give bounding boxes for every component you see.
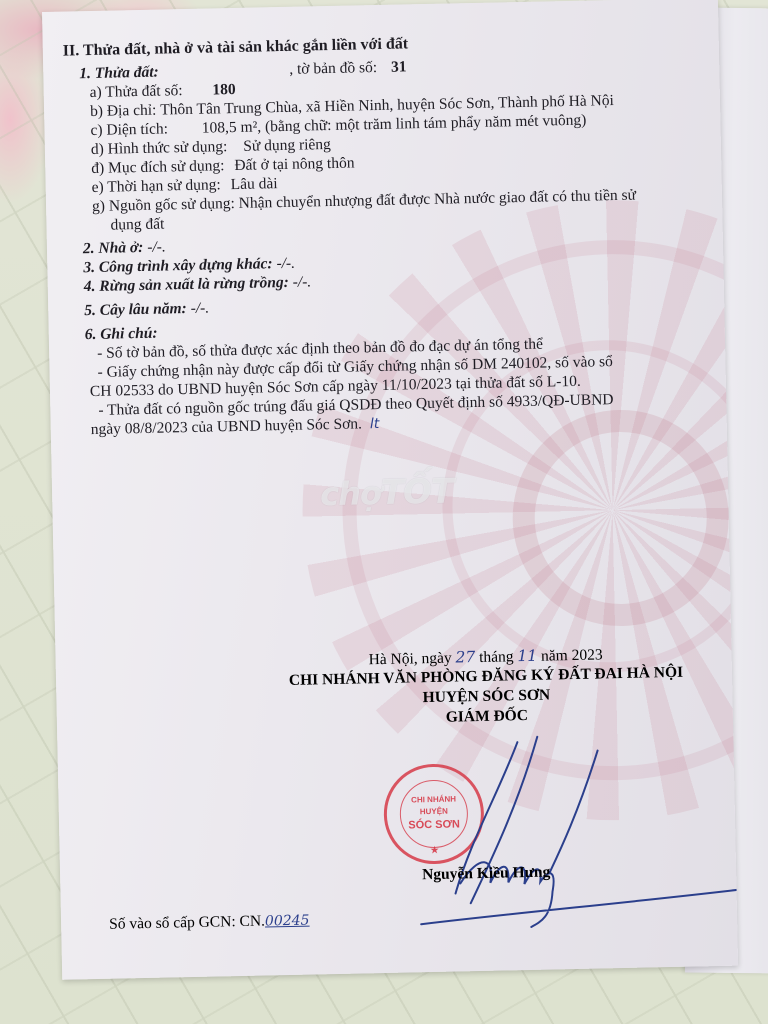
map-sheet-number: 31 [391,58,407,75]
date-year: năm 2023 [541,646,603,664]
chotot-watermark-logo: chợTỐT [320,471,454,514]
note-line-text: ngày 08/8/2023 của UBND huyện Sóc Sơn. [91,415,363,438]
usage-form-value: Sử dụng riêng [243,135,331,156]
address-label: b) Địa chỉ: [90,101,157,121]
house-label: 2. Nhà ở: [83,239,144,257]
usage-origin-label: g) Nguồn gốc sử dụng: [92,194,235,216]
planted-forest-value: -/-. [292,273,311,290]
perennial-trees-value: -/-. [190,300,209,317]
notes-list: - Số tờ bản đồ, số thửa được xác định th… [97,332,659,440]
usage-term-value: Lâu dài [230,174,277,194]
initial-mark: lt [370,416,380,432]
registry-handwritten-number: 00245 [265,913,310,930]
area-label: c) Diện tích: [90,119,168,140]
perennial-trees-label: 5. Cây lâu năm: [84,300,187,319]
registry-label: Số vào sổ cấp GCN: CN. [109,913,265,933]
signer-name: Nguyễn Kiều Hưng [422,864,551,885]
date-day: 27 [455,648,475,666]
map-sheet: , tờ bản đồ số:31 [289,57,407,78]
signature-block: Hà Nội, ngày 27 tháng 11 năm 2023 CHI NH… [255,643,717,732]
other-construction-value: -/-. [276,255,295,272]
planted-forest-label: 4. Rừng sản xuất là rừng trồng: [84,274,289,295]
watermark-brand-part1: chợ [320,474,382,513]
date-month: 11 [517,647,537,665]
map-sheet-label: , tờ bản đồ số: [289,59,377,78]
parcel-number: 180 [212,80,236,99]
house-value: -/-. [147,238,166,255]
certificate-page: II. Thửa đất, nhà ở và tài sản khác gắn … [42,0,738,980]
parcel-number-label: a) Thửa đất số: [89,81,182,102]
date-place: Hà Nội, ngày [368,650,451,669]
handwritten-signature [397,727,738,934]
usage-purpose-value: Đất ở tại nông thôn [234,153,354,175]
date-month-label: tháng [479,648,514,666]
watermark-brand-part2: TỐT [380,471,453,513]
